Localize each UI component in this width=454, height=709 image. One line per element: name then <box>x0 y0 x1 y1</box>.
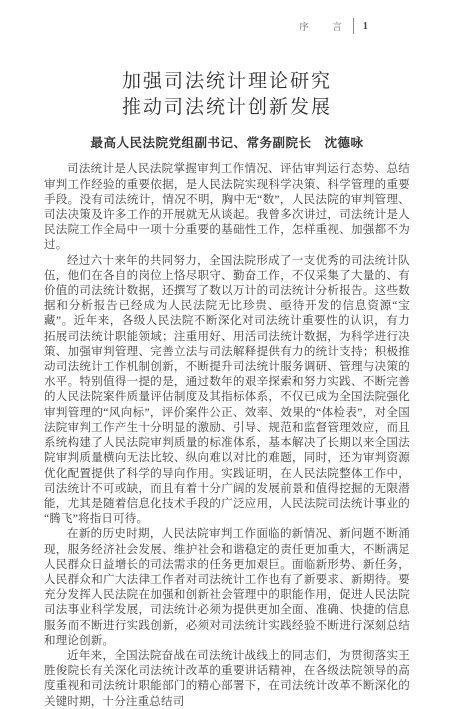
section-label: 序 言 <box>299 19 349 33</box>
paragraph-3: 在新的历史时期，人民法院审判工作面临的新情况、新问题不断涌现，服务经济社会发展、… <box>44 527 410 649</box>
header-divider-line <box>353 18 354 34</box>
doc-title-line-1: 加强司法统计理论研究 <box>0 69 454 95</box>
running-head: 序 言 1 <box>0 18 368 34</box>
byline: 最高人民法院党组副书记、常务副院长 沈德咏 <box>0 133 454 151</box>
paragraph-1: 司法统计是人民法院掌握审判工作情况、评估审判运行态势、总结审判工作经验的重要依据… <box>44 162 410 253</box>
book-page: 序 言 1 加强司法统计理论研究 推动司法统计创新发展 最高人民法院党组副书记、… <box>0 0 454 709</box>
page-number: 1 <box>363 21 368 32</box>
paragraph-2: 经过六十来年的共同努力，全国法院形成了一支优秀的司法统计队伍，他们在各自的岗位上… <box>44 254 410 528</box>
preface-body: 司法统计是人民法院掌握审判工作情况、评估审判运行态势、总结审判工作经验的重要依据… <box>44 162 410 709</box>
paragraph-4: 近年来，全国法院奋战在司法统计战线上的同志们，为贯彻落实王胜俊院长有关深化司法统… <box>44 649 410 709</box>
doc-title-line-2: 推动司法统计创新发展 <box>0 95 454 121</box>
